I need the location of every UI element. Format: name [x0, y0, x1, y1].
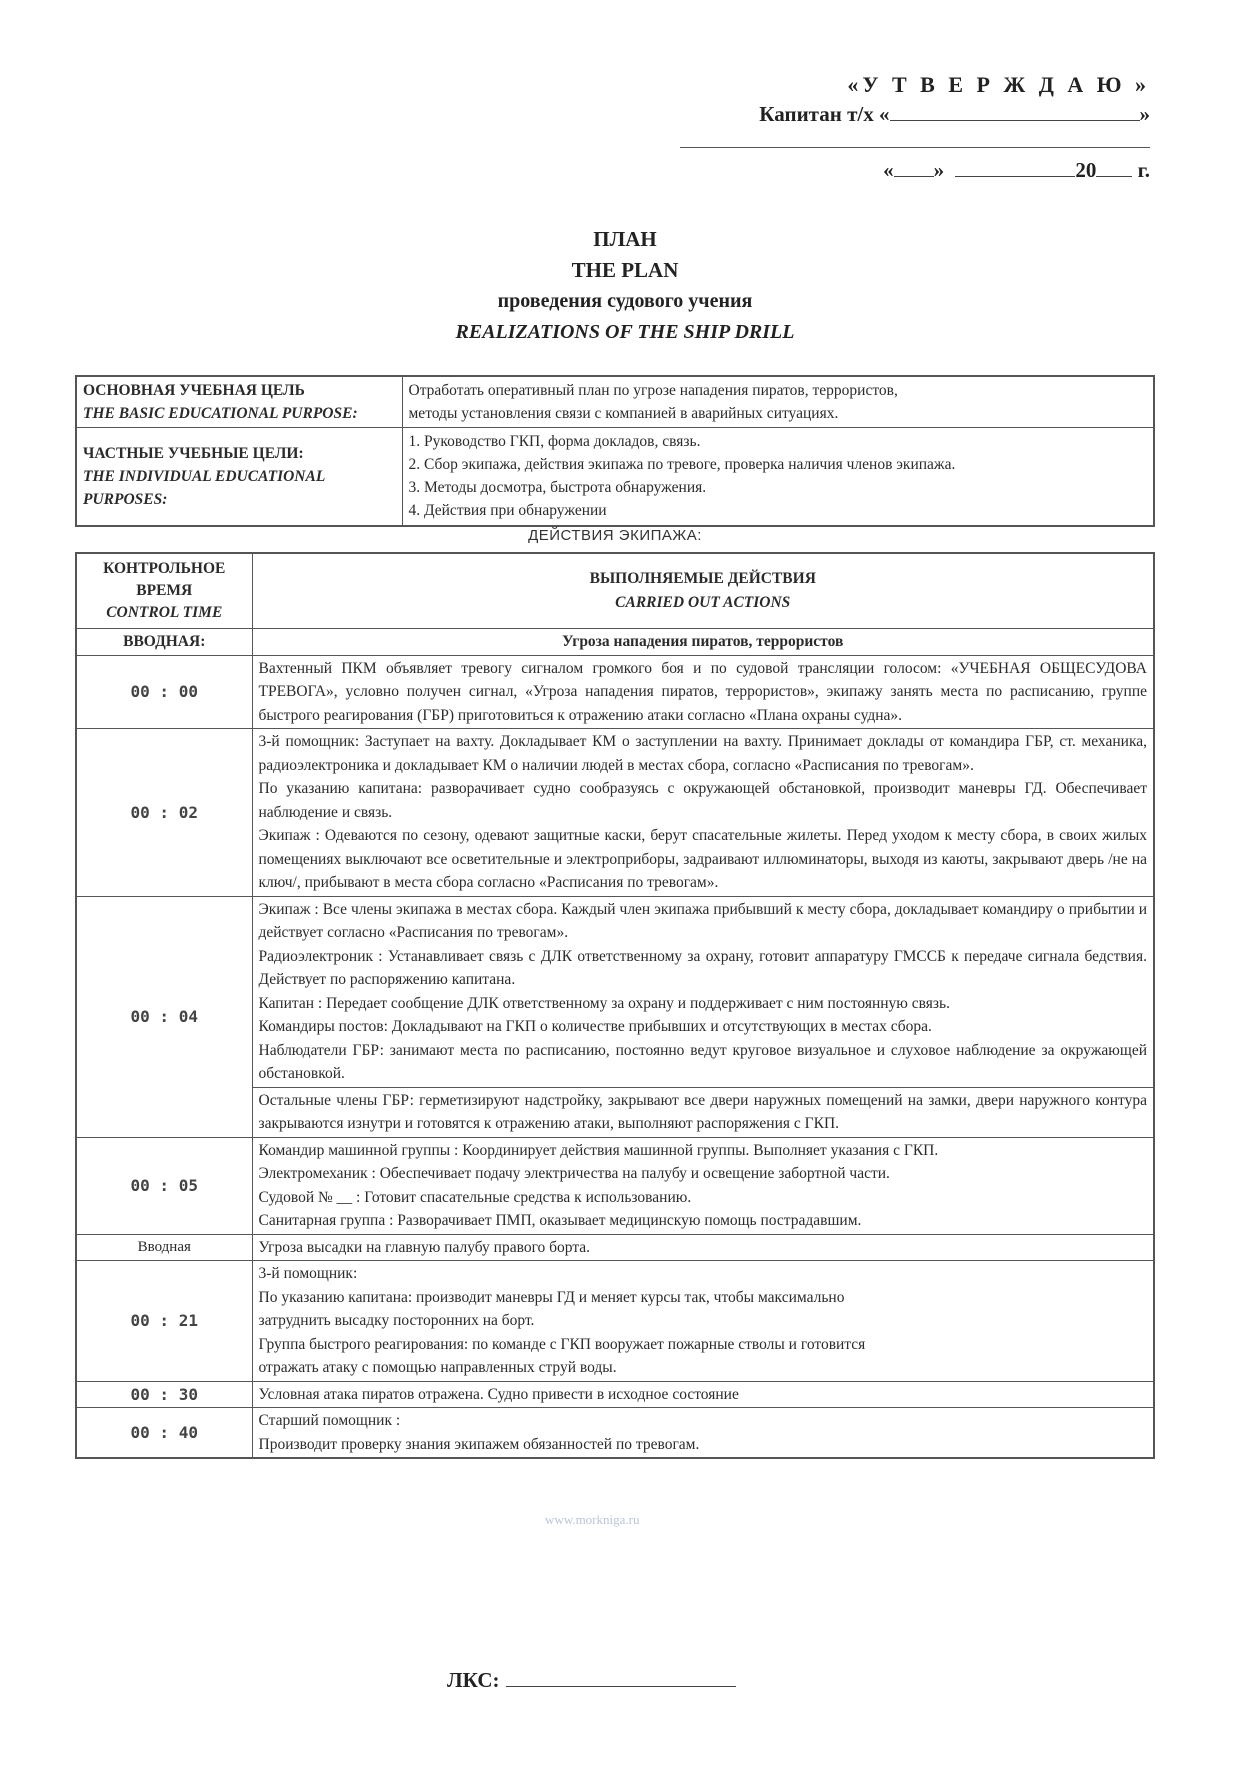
action-description: 3-й помощник: Заступает на вахту. Доклад… [252, 729, 1154, 897]
list-item: 3. Методы досмотра, быстрота обнаружения… [409, 476, 1148, 499]
individual-purposes-list: 1. Руководство ГКП, форма докладов, связ… [402, 428, 1154, 526]
table-row: 00 : 023-й помощник: Заступает на вахту.… [76, 729, 1154, 897]
crew-actions-caption: ДЕЙСТВИЯ ЭКИПАЖА: [75, 527, 1155, 544]
action-description: Командир машинной группы : Координирует … [252, 1137, 1154, 1234]
list-item: 1. Руководство ГКП, форма докладов, связ… [409, 430, 1148, 453]
intro-row: ВВОДНАЯ: Угроза нападения пиратов, терро… [76, 629, 1154, 656]
list-item: 4. Действия при обнаружении [409, 499, 1148, 522]
action-paragraph: затруднить высадку посторонних на борт. [259, 1309, 1148, 1333]
table-row: 00 : 04Экипаж : Все члены экипажа в мест… [76, 896, 1154, 1087]
ship-name-field[interactable] [890, 103, 1140, 121]
lks-signature: ЛКС: [447, 1668, 736, 1693]
action-paragraph: отражать атаку с помощью направленных ст… [259, 1356, 1148, 1380]
action-paragraph: По указанию капитана: производит маневры… [259, 1286, 1148, 1310]
month-field[interactable] [955, 159, 1075, 177]
action-paragraph: 3-й помощник: [259, 1262, 1148, 1286]
subtitle-en: REALIZATIONS OF THE SHIP DRILL [0, 317, 1250, 348]
action-paragraph: Группа быстрого реагирования: по команде… [259, 1333, 1148, 1357]
control-time: 00 : 40 [76, 1408, 252, 1459]
action-description: Вахтенный ПКМ объявляет тревогу сигналом… [252, 655, 1154, 729]
carried-out-actions-header: ВЫПОЛНЯЕМЫЕ ДЕЙСТВИЯ CARRIED OUT ACTIONS [252, 553, 1154, 629]
action-paragraph: По указанию капитана: разворачивает судн… [259, 777, 1148, 824]
action-paragraph: Условная атака пиратов отражена. Судно п… [259, 1383, 1148, 1407]
action-paragraph: Экипаж : Все члены экипажа в местах сбор… [259, 898, 1148, 945]
lks-signature-field[interactable] [506, 1671, 736, 1687]
watermark: www.morkniga.ru [545, 1512, 639, 1528]
subtitle-ru: проведения судового учения [0, 286, 1250, 317]
action-description: Условная атака пиратов отражена. Судно п… [252, 1381, 1154, 1408]
captain-line: Капитан т/х «» [680, 102, 1150, 132]
action-paragraph: Санитарная группа : Разворачивает ПМП, о… [259, 1209, 1148, 1233]
action-paragraph: Командиры постов: Докладывают на ГКП о к… [259, 1015, 1148, 1039]
approval-stamp: «У Т В Е Р Ж Д А Ю » [680, 72, 1150, 102]
action-description: Старший помощник :Производит проверку зн… [252, 1408, 1154, 1459]
action-paragraph: Старший помощник : [259, 1409, 1148, 1433]
table-row: 00 : 40Старший помощник :Производит пров… [76, 1408, 1154, 1459]
action-paragraph: Наблюдатели ГБР: занимают места по распи… [259, 1039, 1148, 1086]
list-item: 2. Сбор экипажа, действия экипажа по тре… [409, 453, 1148, 476]
table-row: 00 : 30Условная атака пиратов отражена. … [76, 1381, 1154, 1408]
captain-signature-field[interactable] [680, 146, 1150, 148]
action-paragraph: Производит проверку знания экипажем обяз… [259, 1433, 1148, 1457]
year-field[interactable] [1096, 159, 1132, 177]
action-paragraph: Экипаж : Одеваются по сезону, одевают за… [259, 824, 1148, 895]
table-header-row: КОНТРОЛЬНОЕ ВРЕМЯ CONTROL TIME ВЫПОЛНЯЕМ… [76, 553, 1154, 629]
individual-purposes-label: ЧАСТНЫЕ УЧЕБНЫЕ ЦЕЛИ: THE INDIVIDUAL EDU… [76, 428, 402, 526]
goals-table: ОСНОВНАЯ УЧЕБНАЯ ЦЕЛЬ THE BASIC EDUCATIO… [75, 375, 1155, 527]
action-paragraph: Электромеханик : Обеспечивает подачу эле… [259, 1162, 1148, 1186]
control-time: 00 : 02 [76, 729, 252, 897]
table-row: ОСНОВНАЯ УЧЕБНАЯ ЦЕЛЬ THE BASIC EDUCATIO… [76, 376, 1154, 428]
document-title: ПЛАН THE PLAN проведения судового учения… [0, 224, 1250, 348]
basic-purpose-label: ОСНОВНАЯ УЧЕБНАЯ ЦЕЛЬ THE BASIC EDUCATIO… [76, 376, 402, 428]
action-paragraph: Командир машинной группы : Координирует … [259, 1139, 1148, 1163]
intro-text: Угроза высадки на главную палубу правого… [252, 1234, 1154, 1261]
action-paragraph: Остальные члены ГБР: герметизируют надст… [259, 1089, 1148, 1136]
action-paragraph: Судовой № __ : Готовит спасательные сред… [259, 1186, 1148, 1210]
basic-purpose-text: Отработать оперативный план по угрозе на… [402, 376, 1154, 428]
control-time-header: КОНТРОЛЬНОЕ ВРЕМЯ CONTROL TIME [76, 553, 252, 629]
action-paragraph: Капитан : Передает сообщение ДЛК ответст… [259, 992, 1148, 1016]
lks-label: ЛКС: [447, 1668, 500, 1692]
control-time: 00 : 04 [76, 896, 252, 1137]
intro-text: Угроза нападения пиратов, террористов [252, 629, 1154, 656]
action-description: Экипаж : Все члены экипажа в местах сбор… [252, 896, 1154, 1087]
action-description: 3-й помощник:По указанию капитана: произ… [252, 1261, 1154, 1382]
captain-label: Капитан т/х « [759, 102, 889, 126]
intro-label: ВВОДНАЯ: [76, 629, 252, 656]
action-paragraph: 3-й помощник: Заступает на вахту. Доклад… [259, 730, 1148, 777]
crew-actions-table: КОНТРОЛЬНОЕ ВРЕМЯ CONTROL TIME ВЫПОЛНЯЕМ… [75, 552, 1155, 1459]
table-row: 00 : 00Вахтенный ПКМ объявляет тревогу с… [76, 655, 1154, 729]
action-description: Остальные члены ГБР: герметизируют надст… [252, 1087, 1154, 1137]
day-field[interactable] [894, 159, 934, 177]
title-en: THE PLAN [0, 255, 1250, 286]
title-ru: ПЛАН [0, 224, 1250, 255]
control-time: 00 : 21 [76, 1261, 252, 1382]
approval-block: «У Т В Е Р Ж Д А Ю » Капитан т/х «» «» 2… [680, 72, 1150, 183]
control-time: 00 : 05 [76, 1137, 252, 1234]
table-row: 00 : 213-й помощник:По указанию капитана… [76, 1261, 1154, 1382]
intro-row: Вводная Угроза высадки на главную палубу… [76, 1234, 1154, 1261]
approval-date: «» 20 г. [680, 158, 1150, 183]
action-paragraph: Радиоэлектроник : Устанавливает связь с … [259, 945, 1148, 992]
table-row: 00 : 05Командир машинной группы : Коорди… [76, 1137, 1154, 1234]
table-row: ЧАСТНЫЕ УЧЕБНЫЕ ЦЕЛИ: THE INDIVIDUAL EDU… [76, 428, 1154, 526]
action-paragraph: Вахтенный ПКМ объявляет тревогу сигналом… [259, 657, 1148, 728]
control-time: 00 : 00 [76, 655, 252, 729]
intro-label: Вводная [76, 1234, 252, 1261]
control-time: 00 : 30 [76, 1381, 252, 1408]
